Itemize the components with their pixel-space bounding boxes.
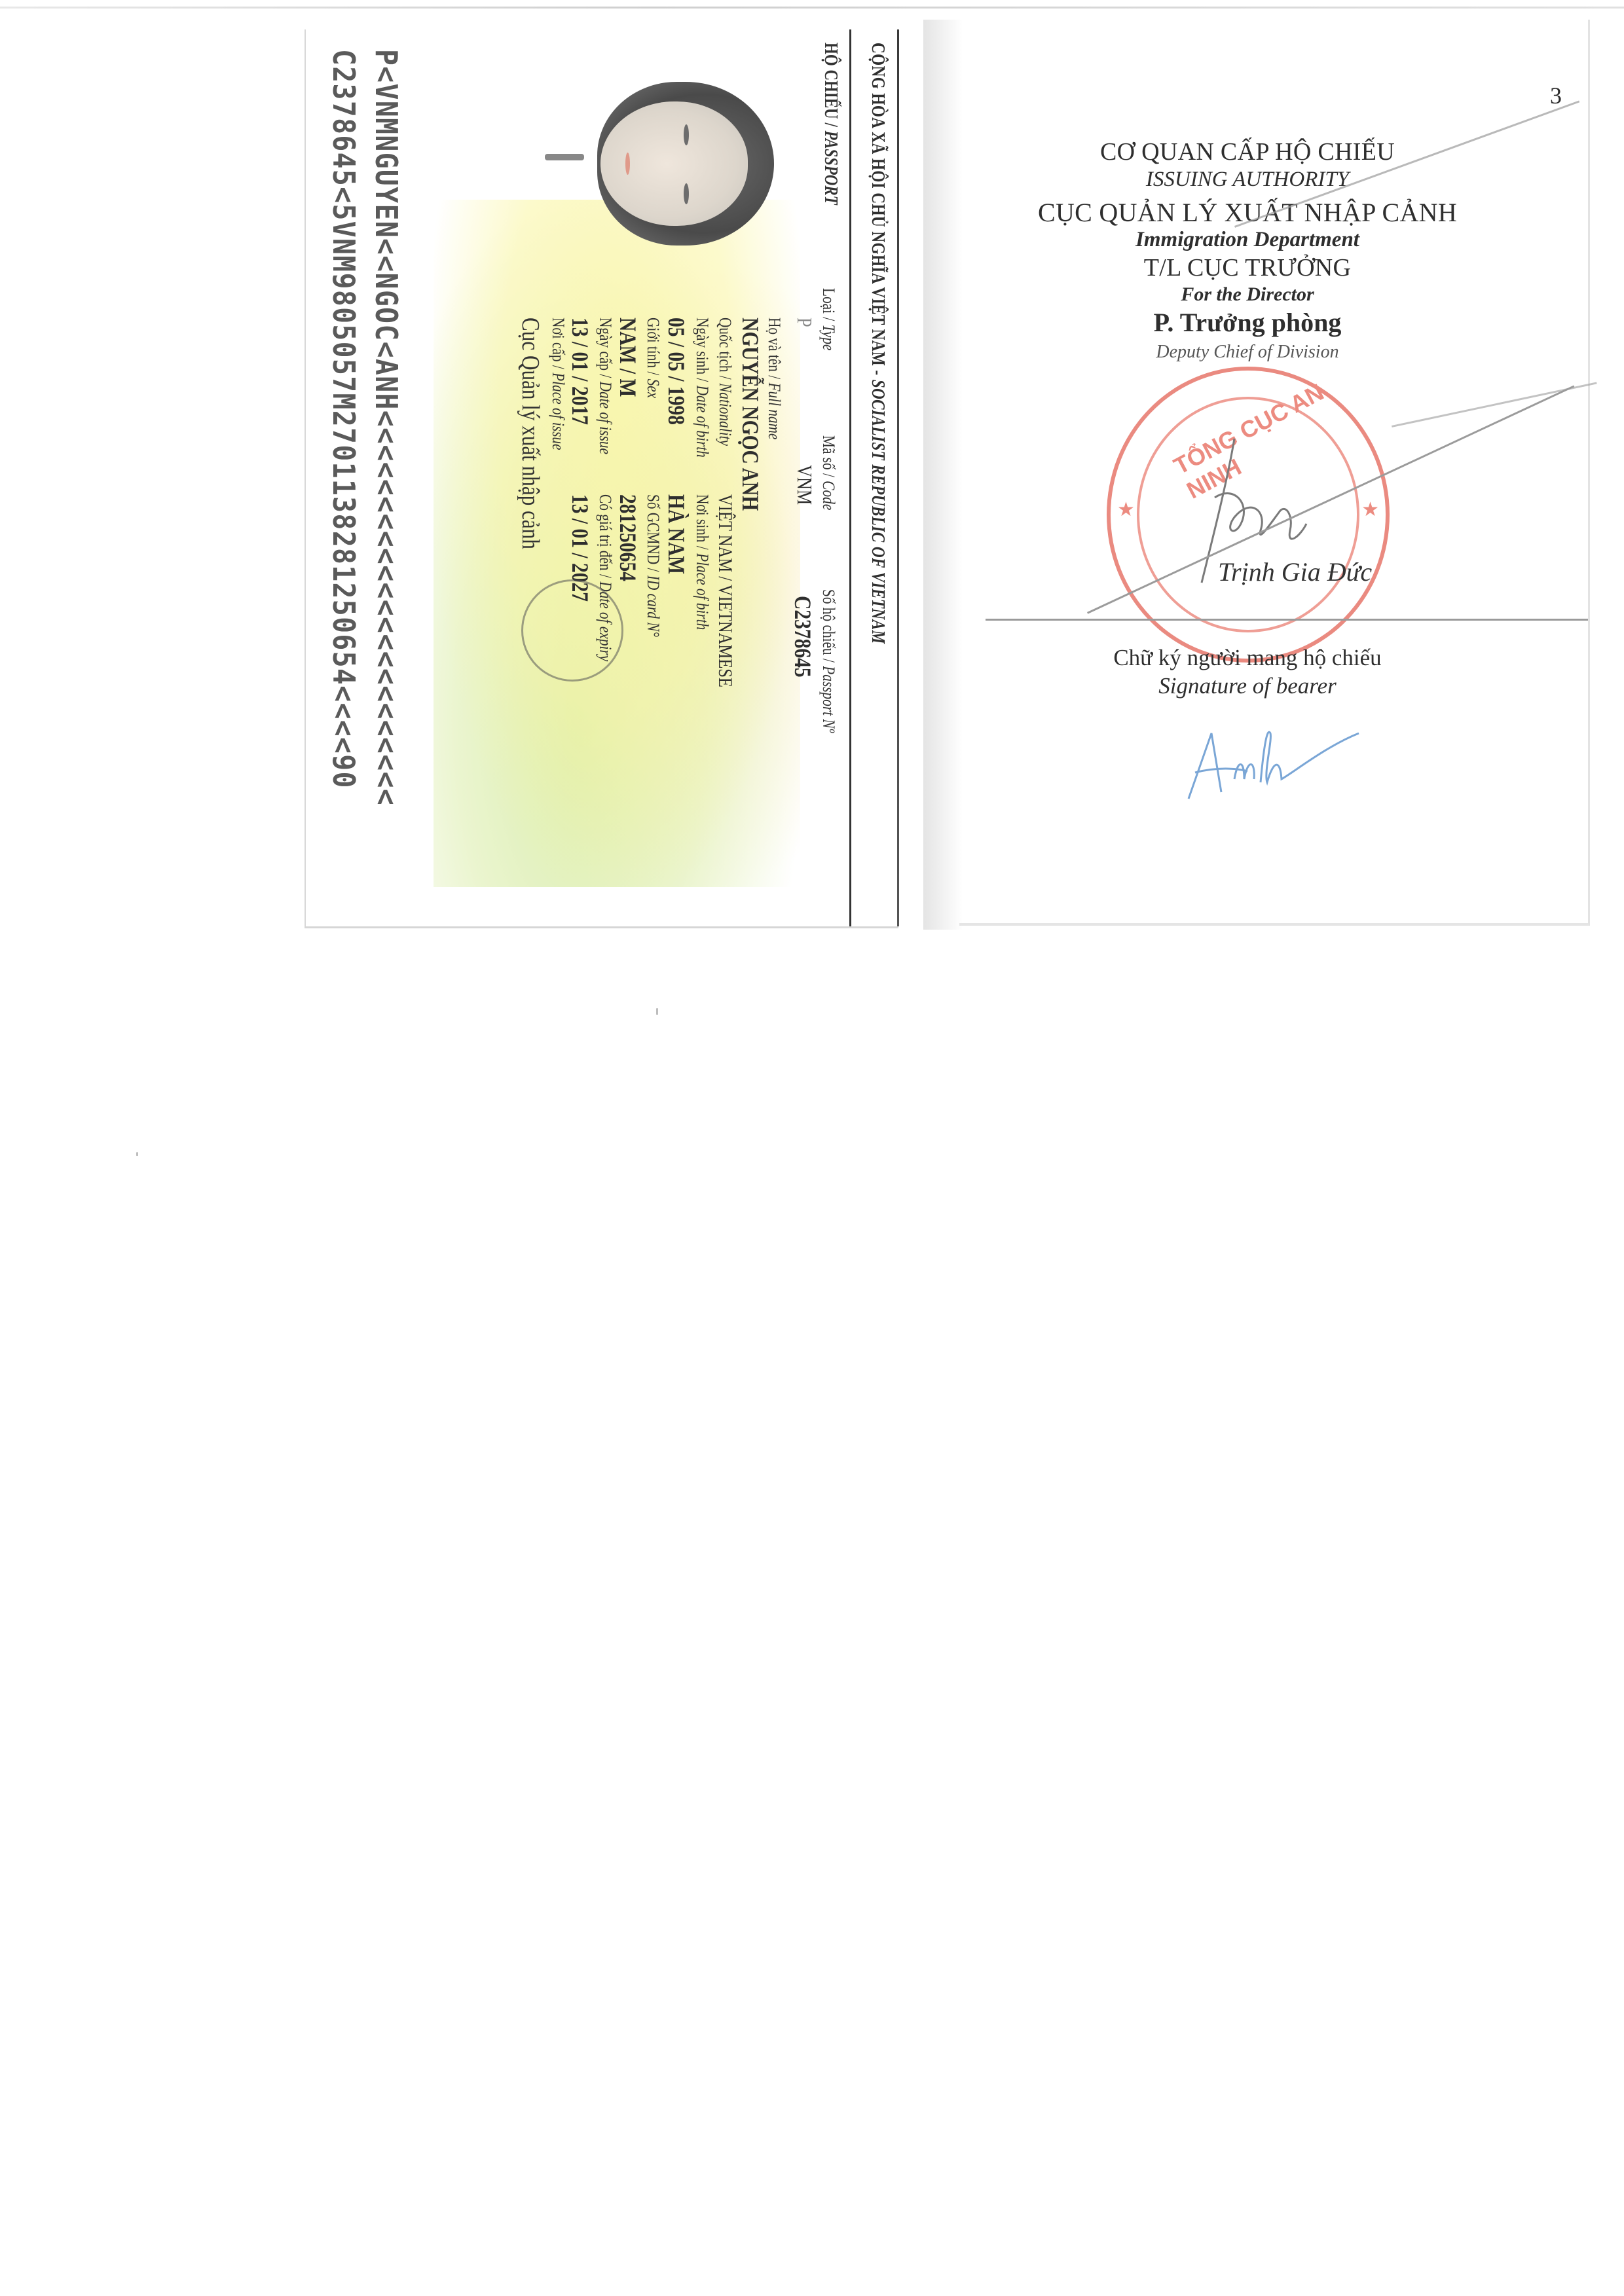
sex-value: NAM / M: [614, 318, 642, 397]
nationality-label: Quốc tịch / Nationality: [715, 318, 735, 446]
dob-label: Ngày sinh / Date of birth: [692, 318, 712, 458]
issuing-authority-vn: CƠ QUAN CẤP HỘ CHIẾU: [959, 137, 1536, 166]
id-card-label: Số GCMND / ID card N°: [643, 494, 663, 637]
data-page-content: CỘNG HÒA XÃ HỘI CHỦ NGHĨA VIỆT NAM - SOC…: [306, 29, 898, 926]
department-en: Immigration Department: [959, 228, 1536, 252]
sex-label: Giới tính / Sex: [643, 318, 663, 398]
country-header: CỘNG HÒA XÃ HỘI CHỦ NGHĨA VIỆT NAM - SOC…: [867, 43, 889, 644]
portrait-photo: [584, 56, 820, 252]
scan-speck: [656, 1008, 658, 1015]
mrz-line-1: P<VNMNGUYEN<<NGOC<ANH<<<<<<<<<<<<<<<<<<<…: [369, 49, 404, 806]
signature-divider: [986, 619, 1588, 621]
star-icon: ★: [1117, 498, 1135, 521]
type-label: Loại / Type: [819, 288, 838, 351]
cancellation-line: [1392, 382, 1597, 427]
page-number: 3: [1550, 82, 1562, 109]
passport-data-page: CỘNG HÒA XÃ HỘI CHỦ NGHĨA VIỆT NAM - SOC…: [304, 29, 898, 928]
scan-edge: [0, 7, 1624, 9]
place-of-issue-label: Nơi cấp / Place of issue: [548, 318, 568, 450]
department-vn: CỤC QUẢN LÝ XUẤT NHẬP CẢNH: [959, 197, 1536, 228]
issuing-authority-block: CƠ QUAN CẤP HỘ CHIẾU ISSUING AUTHORITY C…: [959, 118, 1536, 363]
nationality-value: VIỆT NAM / VIETNAMESE: [714, 494, 736, 687]
mrz-line-2: C2378645<5VNM9805057M2701138281250654<<<…: [326, 49, 361, 789]
place-of-birth-label: Nơi sinh / Place of birth: [692, 494, 712, 630]
passport-no-label: Số hộ chiếu / Passport Nº: [819, 589, 838, 733]
on-behalf-vn: T/L CỤC TRƯỞNG: [959, 253, 1536, 282]
page-fold-shadow: [923, 20, 963, 930]
bearer-signature-label-vn: Chữ ký người mang hộ chiếu: [959, 645, 1536, 671]
issuing-authority-en: ISSUING AUTHORITY: [959, 168, 1536, 192]
header-divider: [849, 29, 851, 926]
ghost-emblem-icon: [521, 579, 623, 682]
passport-authority-page: 3 CƠ QUAN CẤP HỘ CHIẾU ISSUING AUTHORITY…: [959, 20, 1590, 926]
place-of-birth-value: HÀ NAM: [663, 494, 690, 574]
signer-name: Trịnh Gia Đức: [1218, 556, 1372, 587]
full-name-label: Họ và tên / Full name: [764, 318, 784, 440]
date-of-issue-label: Ngày cấp / Date of issue: [595, 318, 615, 454]
document-title: HỘ CHIẾU / PASSPORT: [820, 43, 841, 205]
page-fold: [897, 29, 899, 926]
passport-no-value: C2378645: [789, 596, 817, 678]
id-card-value: 281250654: [614, 494, 642, 581]
code-label: Mã số / Code: [819, 435, 838, 510]
on-behalf-en: For the Director: [959, 283, 1536, 306]
bearer-signature-icon: [1182, 720, 1365, 805]
signer-title-vn: P. Trưởng phòng: [959, 307, 1536, 338]
signer-title-en: Deputy Chief of Division: [959, 342, 1536, 363]
scan-speck: [136, 1152, 138, 1156]
full-name-value: NGUYỄN NGỌC ANH: [737, 318, 764, 511]
date-of-issue-value: 13 / 01 / 2017: [566, 318, 594, 425]
dob-value: 05 / 05 / 1998: [663, 318, 690, 425]
place-of-issue-value: Cục Quản lý xuất nhập cảnh: [516, 318, 545, 549]
type-value: P: [792, 318, 817, 327]
bearer-signature-label-en: Signature of bearer: [959, 673, 1536, 699]
code-value: VNM: [792, 465, 817, 505]
